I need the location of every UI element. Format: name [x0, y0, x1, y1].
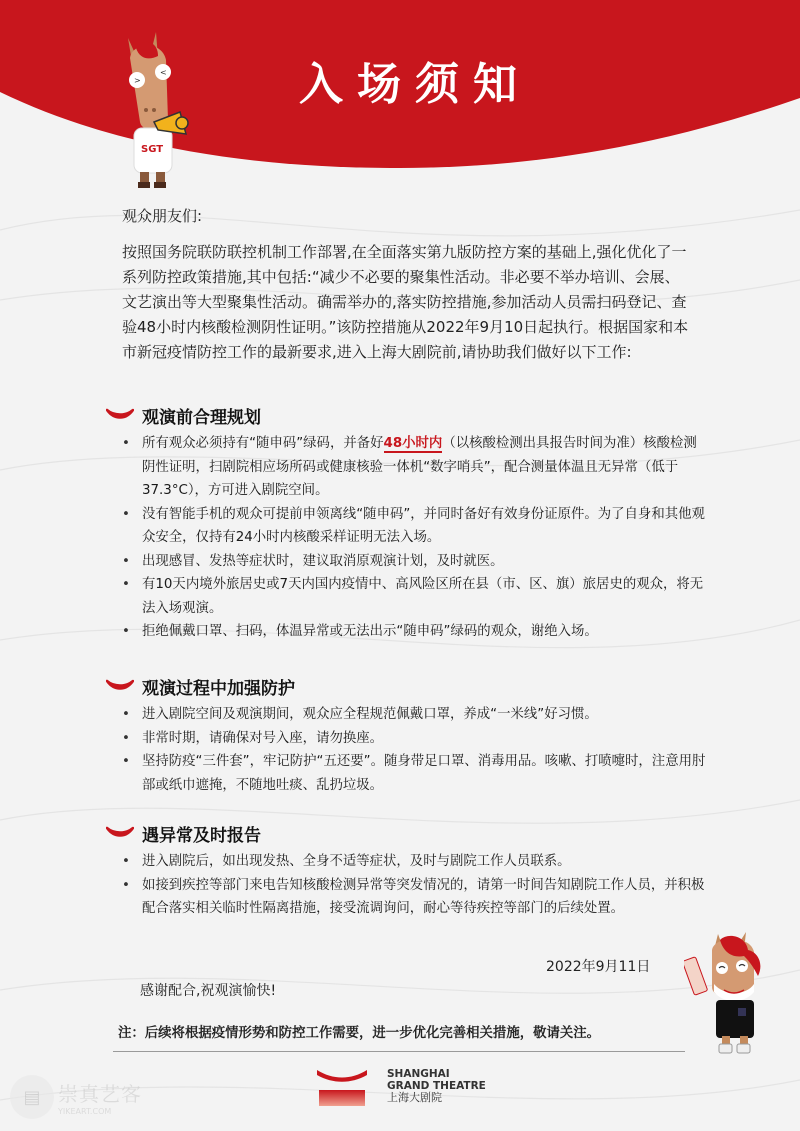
- svg-text:<: <: [160, 68, 167, 77]
- shanghai-grand-theatre-logo: SHANGHAI GRAND THEATRE 上海大剧院: [315, 1068, 486, 1108]
- greeting: 观众朋友们:: [122, 205, 202, 226]
- watermark-en: YIKEART.COM: [58, 1107, 142, 1116]
- list-item: 进入剧院后，如出现发热、全身不适等症状，及时与剧院工作人员联系。: [120, 850, 706, 874]
- watermark-cn: 崇真艺客: [58, 1078, 142, 1107]
- list-item: 有10天内境外旅居史或7天内国内疫情中、高风险区所在县（市、区、旗）旅居史的观众…: [120, 573, 706, 620]
- list-item: 如接到疾控等部门来电告知核酸检测异常等突发情况的，请第一时间告知剧院工作人员，并…: [120, 874, 706, 921]
- section-title: 遇异常及时报告: [142, 821, 261, 846]
- section-title: 观演过程中加强防护: [142, 674, 295, 699]
- list-item: 进入剧院空间及观演期间，观众应全程规范佩戴口罩，养成“一米线”好习惯。: [120, 703, 706, 727]
- item-text: 所有观众必须持有“随申码”绿码，并备好: [142, 436, 384, 451]
- section-title: 观演前合理规划: [142, 403, 261, 428]
- footnote: 注：后续将根据疫情形势和防控工作需要，进一步优化完善相关措施，敬请关注。: [118, 1022, 600, 1041]
- logo-cn: 上海大剧院: [387, 1092, 486, 1104]
- list-item: 所有观众必须持有“随申码”绿码，并备好48小时内（以核酸检测出具报告时间为准）核…: [120, 432, 706, 503]
- section-protection-during-show: 观演过程中加强防护 进入剧院空间及观演期间，观众应全程规范佩戴口罩，养成“一米线…: [106, 673, 706, 797]
- watermark: ▤ 崇真艺客 YIKEART.COM: [10, 1075, 142, 1119]
- red-arc-icon: [106, 679, 134, 693]
- svg-text:>: >: [134, 76, 141, 85]
- intro-paragraph: 按照国务院联防联控机制工作部署,在全面落实第九版防控方案的基础上,强化优化了一系…: [122, 240, 692, 365]
- thanks-message: 感谢配合,祝观演愉快!: [140, 980, 276, 1000]
- svg-text:SGT: SGT: [141, 144, 163, 155]
- mascot-horse-ticket-icon: [684, 928, 784, 1056]
- logo-line1: SHANGHAI: [387, 1068, 486, 1080]
- mascot-horse-megaphone-icon: > < SGT: [118, 30, 202, 190]
- theatre-logo-icon: [315, 1068, 369, 1108]
- list-item: 没有智能手机的观众可提前申领离线“随申码”，并同时备好有效身份证原件。为了自身和…: [120, 503, 706, 550]
- divider: [113, 1051, 685, 1052]
- list-item: 非常时期，请确保对号入座，请勿换座。: [120, 727, 706, 751]
- section-report-abnormalities: 遇异常及时报告 进入剧院后，如出现发热、全身不适等症状，及时与剧院工作人员联系。…: [106, 820, 706, 921]
- list-item: 坚持防疫“三件套”，牢记防护“五还要”。随身带足口罩、消毒用品。咳嗽、打喷嚏时，…: [120, 750, 706, 797]
- highlight-48-hours: 48小时内: [384, 436, 443, 453]
- notice-date: 2022年9月11日: [546, 956, 650, 976]
- red-arc-icon: [106, 408, 134, 422]
- section-pre-show-planning: 观演前合理规划 所有观众必须持有“随申码”绿码，并备好48小时内（以核酸检测出具…: [106, 402, 706, 644]
- watermark-icon: ▤: [10, 1075, 54, 1119]
- red-arc-icon: [106, 826, 134, 840]
- list-item: 出现感冒、发热等症状时，建议取消原观演计划，及时就医。: [120, 550, 706, 574]
- list-item: 拒绝佩戴口罩、扫码，体温异常或无法出示“随申码”绿码的观众，谢绝入场。: [120, 620, 706, 644]
